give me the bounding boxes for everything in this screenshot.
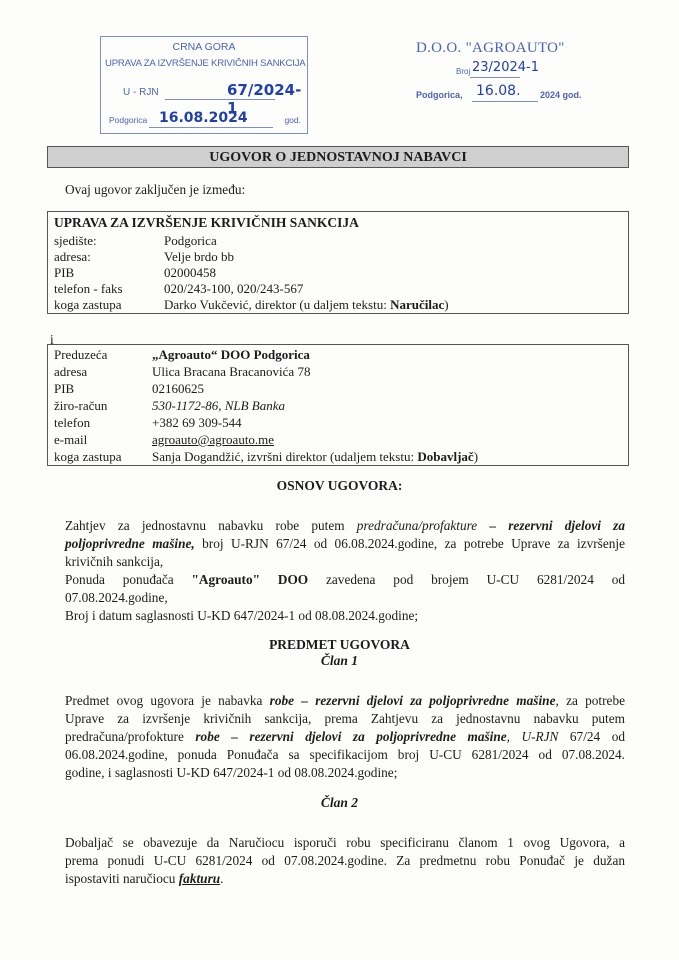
text: 67/24 od [558,729,625,744]
supplier-stamp-company: D.O.O. "AGROAUTO" [416,40,565,57]
row-value: Sanja Dogandžić, izvršni direktor (udalj… [152,449,417,464]
text: poljoprivredne mašine, [65,536,195,551]
text: "Agroauto" DOO [192,572,309,587]
text: , U-RJN [507,729,559,744]
stamp-god: god. [284,115,301,125]
supplier-stamp-broj: 23/2024-1 [472,60,539,75]
clan2-heading: Član 2 [0,795,679,811]
party2-row: adresaUlica Bracana Bracanovića 78 [54,364,310,380]
party1-row: PIB02000458 [54,265,216,281]
supplier-stamp-place: Podgorica, [416,90,463,100]
text: robe – rezervni djelovi za poljoprivredn… [270,693,556,708]
text: Predmet ovog ugovora je nabavka [65,693,270,708]
row-label: Preduzeća [54,347,152,363]
text: predračuna/profokture [65,729,195,744]
row-value: Ulica Bracana Bracanovića 78 [152,364,310,379]
row-label: koga zastupa [54,297,164,313]
clan1-line: predračuna/profokture robe – rezervni dj… [65,728,625,746]
text: Zahtjev za jednostavnu nabavku robe pute… [65,518,357,533]
document-title: UGOVOR O JEDNOSTAVNOJ NABAVCI [47,146,629,168]
row-value: 02000458 [164,265,216,280]
text: zavedena pod brojem U-CU 6281/2024 od [308,572,625,587]
row-label: žiro-račun [54,398,152,414]
intro-text: Ovaj ugovor zaključen je između: [65,182,245,198]
party1-name: UPRAVA ZA IZVRŠENJE KRIVIČNIH SANKCIJA [54,215,359,231]
row-label: adresa [54,364,152,380]
supplier-stamp-date: 16.08. [476,83,521,99]
clan1-line: godine, i saglasnosti U-KD 647/2024-1 od… [65,764,625,782]
clan2-line: ispostaviti naručiocu fakturu. [65,870,625,888]
stamp-ref-prefix: U - RJN [123,87,159,98]
row-value: Darko Vukčević, direktor (u daljem tekst… [164,297,390,312]
party1-box: UPRAVA ZA IZVRŠENJE KRIVIČNIH SANKCIJA s… [47,211,629,314]
osnov-line: krivičnih sankcija, [65,553,625,571]
row-value: 530-1172-86, NLB Banka [152,398,285,413]
party2-row: žiro-račun530-1172-86, NLB Banka [54,398,285,414]
party2-row: e-mailagroauto@agroauto.me [54,432,274,448]
party1-row: sjedište:Podgorica [54,233,217,249]
stamp-country: CRNA GORA [101,41,307,53]
osnov-paragraph: Zahtjev za jednostavnu nabavku robe pute… [65,517,625,625]
clan1-line: Uprave za izvršenje krivičnih sankcija, … [65,710,625,728]
text: ispostaviti naručiocu [65,871,179,886]
text: predračuna/profakture [357,518,477,533]
osnov-line: poljoprivredne mašine, broj U-RJN 67/24 … [65,535,625,553]
party1-row: telefon - faks020/243-100, 020/243-567 [54,281,303,297]
party2-row: Preduzeća„Agroauto“ DOO Podgorica [54,347,310,363]
row-label: adresa: [54,249,164,265]
row-value-end: ) [444,297,448,312]
row-value: 02160625 [152,381,204,396]
row-label: sjedište: [54,233,164,249]
text: , za potrebe [555,693,625,708]
text: . [220,871,223,886]
email-link[interactable]: agroauto@agroauto.me [152,432,274,447]
text: broj U-RJN 67/24 od 06.08.2024.godine, z… [195,536,625,551]
clan2-line: prema ponudi U-CU 6281/2024 od 07.08.202… [65,852,625,870]
party2-row: PIB02160625 [54,381,204,397]
row-label: PIB [54,381,152,397]
row-label: koga zastupa [54,449,152,465]
party2-box: Preduzeća„Agroauto“ DOO Podgorica adresa… [47,344,629,466]
stamp-date-line [149,127,273,128]
row-label: e-mail [54,432,152,448]
row-label: PIB [54,265,164,281]
stamp-date: 16.08.2024 [159,110,248,126]
role-naručilac: Naručilac [390,297,444,312]
row-label: telefon [54,415,152,431]
osnov-heading: OSNOV UGOVORA: [0,478,679,494]
clan1-line: Predmet ovog ugovora je nabavka robe – r… [65,692,625,710]
party2-row: telefon+382 69 309-544 [54,415,242,431]
row-value: Velje brdo bb [164,249,234,264]
party1-row: adresa:Velje brdo bb [54,249,234,265]
clan2-line: Dobaljač se obavezuje da Naručiocu ispor… [65,834,625,852]
supplier-stamp-broj-label: Broj [456,67,470,76]
supplier-stamp: D.O.O. "AGROAUTO" Broj 23/2024-1 Podgori… [414,40,594,106]
osnov-line: Ponuda ponuđača "Agroauto" DOO zavedena … [65,571,625,589]
osnov-line: Zahtjev za jednostavnu nabavku robe pute… [65,517,625,535]
party2-row: koga zastupaSanja Dogandžić, izvršni dir… [54,449,478,465]
supplier-date-line [472,101,538,102]
clan1-paragraph: Predmet ovog ugovora je nabavka robe – r… [65,692,625,782]
text: Ponuda ponuđača [65,572,192,587]
text: robe – rezervni djelovi za poljoprivredn… [195,729,506,744]
supplier-broj-line [470,77,520,78]
row-value-end: ) [474,449,478,464]
osnov-line: 07.08.2024.godine, [65,589,625,607]
text: – rezervni djelovi za [477,518,625,533]
osnov-line: Broj i datum saglasnosti U-KD 647/2024-1… [65,607,625,625]
row-value: 020/243-100, 020/243-567 [164,281,303,296]
row-label: telefon - faks [54,281,164,297]
predmet-heading: PREDMET UGOVORA [0,637,679,653]
stamp-place: Podgorica [109,115,147,125]
row-value: „Agroauto“ DOO Podgorica [152,347,310,362]
clan1-line: 06.08.2024.godine, ponuda Ponuđača sa sp… [65,746,625,764]
clan2-paragraph: Dobaljač se obavezuje da Naručiocu ispor… [65,834,625,888]
party1-row: koga zastupaDarko Vukčević, direktor (u … [54,297,449,313]
role-dobavljac: Dobavljač [417,449,473,464]
text: fakturu [179,871,220,886]
stamp-institution: UPRAVA ZA IZVRŠENJE KRIVIČNIH SANKCIJA [105,58,306,69]
receiving-stamp: CRNA GORA UPRAVA ZA IZVRŠENJE KRIVIČNIH … [100,36,308,134]
row-value: Podgorica [164,233,217,248]
supplier-stamp-year: 2024 god. [540,90,582,100]
clan1-heading: Član 1 [0,653,679,669]
row-value: +382 69 309-544 [152,415,242,430]
